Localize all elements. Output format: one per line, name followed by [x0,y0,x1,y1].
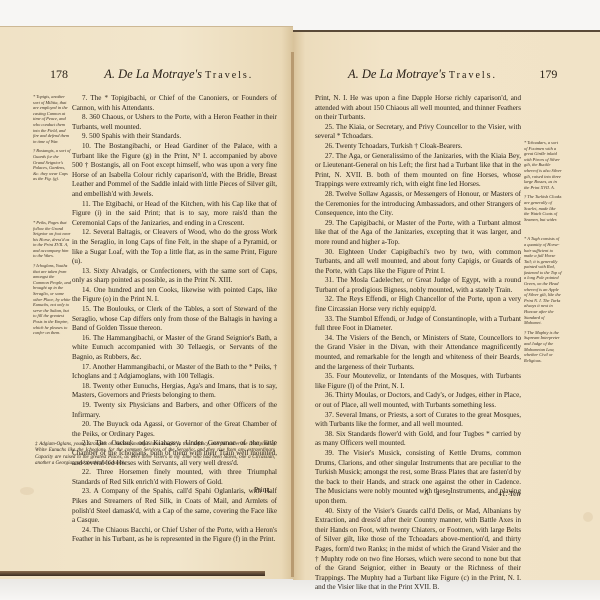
paragraph: 8. 360 Chaous, or Ushers to the Porte, w… [72,113,277,132]
paragraph: 30. Eighteen Under Capigibachi's two by … [315,248,521,277]
paragraph: 12. Several Baltagis, or Cleavers of Woo… [72,228,277,266]
paragraph: 28. Twelve Sollaw Agassis, or Messengers… [315,190,521,219]
paragraph: 7. The * Topigibachi, or Chief of the Ca… [72,94,277,113]
paragraph: 38. Six Standards flower'd with Gold, an… [315,430,521,449]
paragraph: 16. The Hammangibachi, or Master of the … [72,334,277,363]
left-page-edge [0,571,265,576]
side-note: † The Turkish Cloaks are generally of Sc… [524,194,562,222]
open-book: 178 A. De La Motraye's Travels. * Topigi… [0,22,600,578]
paragraph: 36. Thirty Moulas, or Doctors, and Cady'… [315,391,521,410]
running-title-caps: Travels. [449,70,497,81]
paragraph: 20. The Buyuck oda Agassi, or Governor o… [72,420,277,439]
signature-mark: A a 2 [424,489,454,497]
paragraph: 13. Sixty Alvadgis, or Confectioners, wi… [72,267,277,286]
paragraph: 24. The Chiaous Bacchi, or Chief Usher o… [72,526,277,545]
paragraph: Print, N. I. He was upon a fine Dapple H… [315,94,521,123]
paragraph: 11. The Etgibachi, or Head of the Kitche… [72,200,277,229]
right-body-text: Print, N. I. He was upon a fine Dapple H… [315,94,521,593]
paragraph: 9. 500 Spahis with their Standards. [72,132,277,142]
page-number-left: 178 [50,67,68,81]
paragraph: 23. A Company of the Spahis, call'd Spah… [72,487,277,525]
paragraph: 32. The Reys Effendi, or High Chancellor… [315,295,521,314]
left-side-notes: * Topigis, another sort of Militia, that… [33,94,71,340]
right-side-notes: * Tchoadars, a sort of Footmen with a gr… [524,140,562,367]
left-footnote: ‡ Adgiam-Oglans, young Strangers or Novi… [35,442,275,468]
side-note: † Bostangis, a sort of Guards for the Gr… [33,148,71,182]
paragraph: 35. Four Mouteveliz, or Intendants of th… [315,372,521,391]
paragraph: 14. One hundred and ten Cooks, likewise … [72,286,277,305]
right-catchword: 41. Ten [498,489,520,498]
paragraph: 33. The Stambol Effendi, or Judge of Con… [315,315,521,334]
paragraph: 37. Several Imans, or Priests, a sort of… [315,411,521,430]
paragraph: 22. Three Horsemen finely mounted, with … [72,468,277,487]
right-running-head: A. De La Motraye's Travels. 179 [348,67,557,82]
paragraph: 40. Sixty of the Visier's Guards call'd … [315,507,521,593]
side-note: * Topigis, another sort of Militia, that… [33,94,71,144]
foxing-spot [20,487,34,495]
left-body-text: 7. The * Topigibachi, or Chief of the Ca… [72,94,277,545]
left-running-head: 178 A. De La Motraye's Travels. [50,67,253,82]
paragraph: 31. The Mosla Cadelecher, or Great Judge… [315,276,521,295]
side-note: † The Muphty is the Supream Interpreter … [524,330,562,364]
paragraph: 25. The Kiaia, or Secretary, and Privy C… [315,123,521,142]
left-catchword: Print, [254,485,270,494]
paragraph: 17. Another Hammangibachi, or Master of … [72,363,277,382]
page-number-right: 179 [539,67,557,81]
side-note: * Tchoadars, a sort of Footmen with a gr… [524,140,562,190]
side-note: † Ichoglans, Youths that are taken from … [33,263,71,336]
paragraph: 29. The Capigibachi, or Master of the Po… [315,219,521,248]
paragraph: 15. The Boulouks, or Clerk of the Tables… [72,305,277,334]
paragraph: 18. Twenty other Eunuchs, Hergias, Aga's… [72,382,277,401]
side-note: * A Tugh consists of a quantity of Horse… [524,236,562,326]
paragraph: 26. Twenty Tchoadars, Turkish † Cloak-Be… [315,142,521,152]
paragraph: 27. The Aga, or Generalissimo of the Jan… [315,152,521,190]
gutter-fold [291,52,294,577]
paragraph: 10. The Bostangibachi, or Head Gardiner … [72,142,277,200]
running-title-caps: Travels. [205,70,253,81]
paragraph: 34. The Visiers of the Bench, or Ministe… [315,334,521,372]
side-note: * Peiks, Pages that follow the Grand Sei… [33,220,71,259]
paragraph: 19. Twenty six Physicians and Barbers, a… [72,401,277,420]
running-title: A. De La Motraye's [348,67,446,81]
foxing-spot [583,512,593,522]
running-title: A. De La Motraye's [104,67,202,81]
paragraph: 39. The Visier's Musick, consisting of K… [315,449,521,507]
